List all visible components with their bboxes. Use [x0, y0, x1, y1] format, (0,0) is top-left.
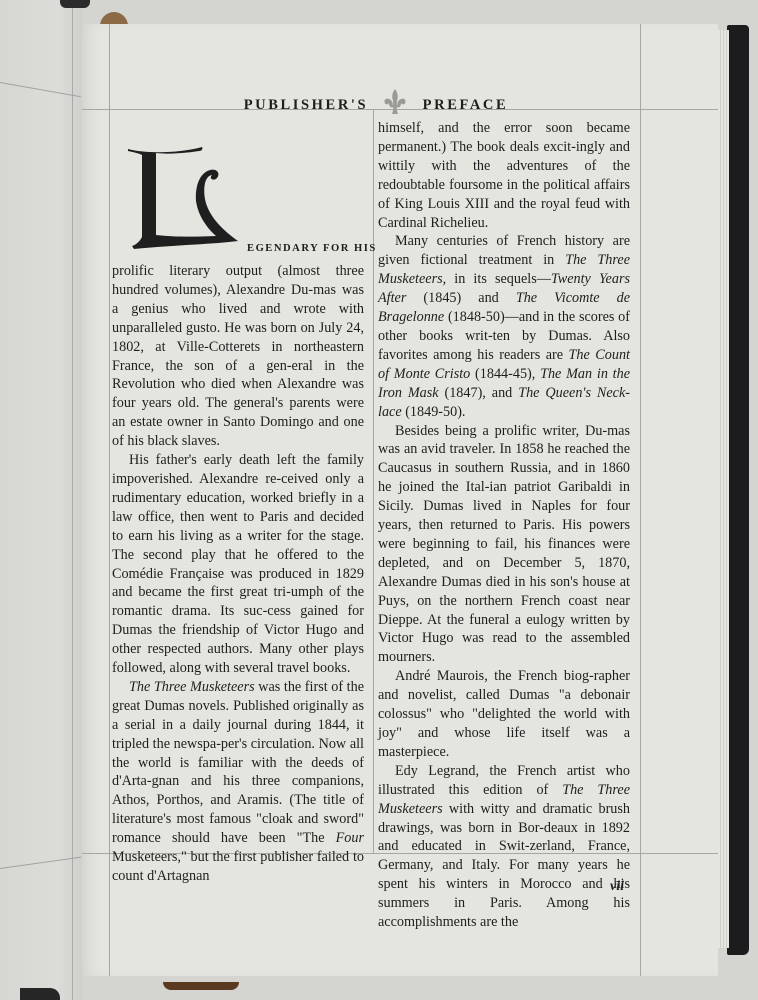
paragraph: Besides being a prolific writer, Du-mas … — [378, 422, 630, 668]
ornamental-initial-L — [126, 145, 244, 251]
dropcap-lead-smallcaps: EGENDARY FOR HIS — [247, 240, 364, 259]
paragraph: Edy Legrand, the French artist who illus… — [378, 762, 630, 932]
page-block-edges — [717, 30, 729, 948]
paragraph: The Three Musketeers was the first of th… — [112, 678, 364, 886]
page-number: vii — [610, 879, 624, 895]
text-column-right: himself, and the error soon became perma… — [378, 119, 630, 932]
book-cover-edge — [20, 988, 60, 1000]
facing-page-rule — [0, 857, 81, 869]
frame-rule-left — [109, 24, 110, 976]
paragraph: prolific literary output (almost three h… — [112, 262, 364, 451]
book-title: The Three Musketeers — [129, 679, 255, 695]
running-head-right: PREFACE — [423, 97, 509, 113]
column-gutter-rule — [373, 109, 374, 853]
bookmark-ribbon — [163, 982, 239, 990]
emphasis: Four — [336, 830, 364, 846]
book-page: PUBLISHER'S PREFACE EGENDARY FOR HIS pro… — [82, 24, 718, 976]
paragraph: Many centuries of French history are giv… — [378, 232, 630, 421]
paragraph: himself, and the error soon became perma… — [378, 119, 630, 232]
paragraph: His father's early death left the family… — [112, 451, 364, 678]
fleur-de-lis-icon — [380, 87, 410, 117]
facing-page-rule — [72, 0, 73, 1000]
frame-rule-right — [640, 24, 641, 976]
text-column-left: EGENDARY FOR HIS prolific literary outpu… — [112, 112, 364, 886]
facing-page-left — [0, 0, 82, 1000]
facing-page-rule — [0, 82, 81, 97]
book-cover-edge — [727, 25, 749, 955]
book-cover-edge — [60, 0, 90, 8]
dropcap-block: EGENDARY FOR HIS — [112, 112, 364, 262]
running-head-left: PUBLISHER'S — [244, 97, 369, 113]
paragraph: André Maurois, the French biog-rapher an… — [378, 667, 630, 762]
